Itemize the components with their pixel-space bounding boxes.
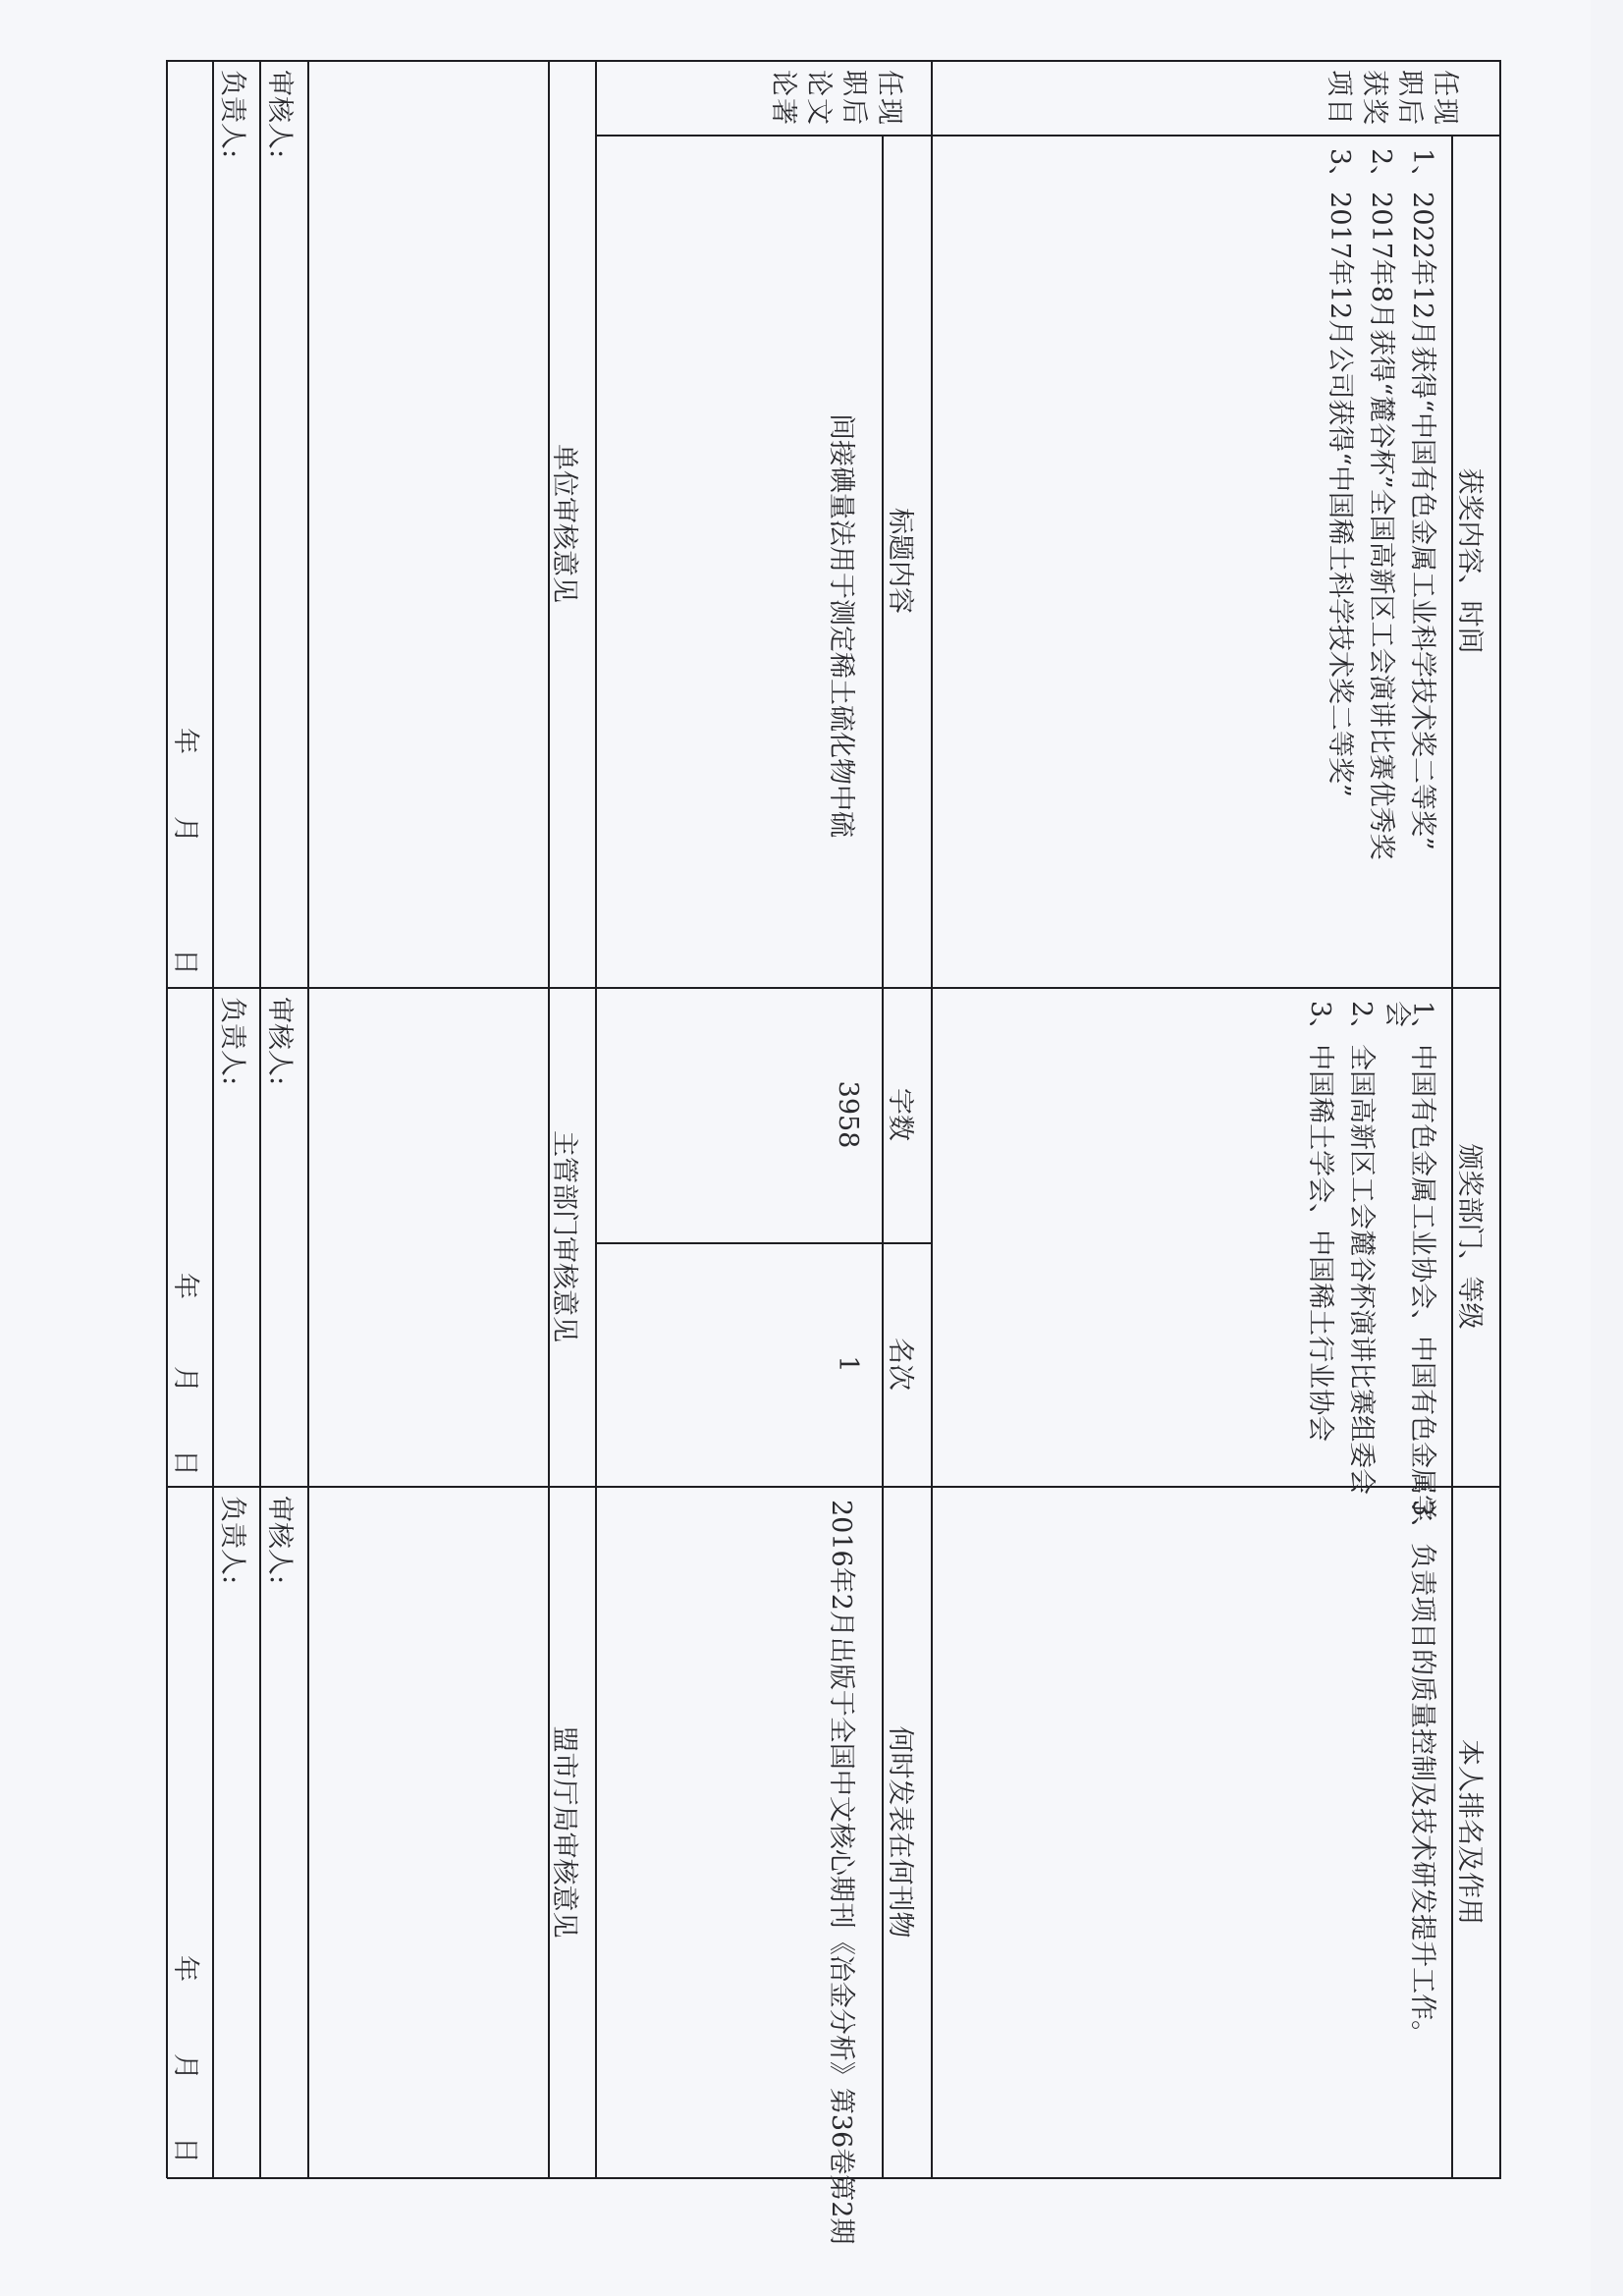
border-left [167, 60, 1501, 62]
header-rank-role: 本人排名及作用 [1453, 1486, 1491, 2178]
role-item: 3、负责项目的质量控制及技术研发提升工作。 [1406, 1500, 1444, 2047]
review-dept-opinion-area[interactable] [312, 991, 546, 1482]
awards-section-label: 任现 职后 获奖 项目 [1321, 70, 1462, 129]
header-word-count: 字数 [884, 987, 922, 1242]
review-dept-responsible-label: 负责人: [216, 997, 254, 1085]
issuer-item: 1、中国有色金属工业协会、中国有色金属学 [1406, 1001, 1444, 1521]
review-unit-responsible-label: 负责人: [216, 70, 254, 158]
reviewer-row-line [259, 60, 261, 2178]
review-league-date-year: 年 [169, 1955, 207, 1982]
label-line: 任现 [1427, 70, 1462, 129]
title-left-line [597, 135, 884, 137]
reviews-body-line [307, 60, 309, 2178]
label-line: 职后 [836, 70, 871, 129]
papers-section-label: 任现 职后 论文 论著 [765, 70, 906, 129]
header-issuer-level: 颁奖部门、等级 [1453, 987, 1491, 1486]
award-item: 1、2022年12月获得“中国有色金属工业科学技术奖二等奖” [1406, 148, 1444, 850]
col-split-1-reviews [167, 987, 597, 989]
review-dept-title: 主管部门审核意见 [548, 987, 586, 1486]
review-league-title: 盟市厅局审核意见 [548, 1486, 586, 2178]
review-league-date-month: 月 [169, 2053, 207, 2080]
review-league-date-day: 日 [169, 2137, 207, 2163]
review-form-table: 任现 职后 获奖 项目 获奖内容、时间 颁奖部门、等级 本人排名及作用 1、20… [167, 60, 1501, 2178]
review-unit-date-day: 日 [169, 949, 207, 975]
review-dept-reviewer-label: 审核人: [263, 997, 301, 1085]
issuer-item-cont: 会 [1380, 1001, 1419, 1027]
award-item: 2、2017年8月获得“麓谷杯”全国高新区工会演讲比赛优秀奖 [1365, 148, 1403, 860]
label-line: 论文 [800, 70, 836, 129]
papers-reviews-divider [595, 60, 597, 2178]
border-top [1499, 60, 1501, 2178]
review-unit-date-month: 月 [169, 816, 207, 843]
issuer-item: 2、全国高新区工会麓谷杯演讲比赛组委会 [1345, 1001, 1383, 1495]
label-line: 任现 [871, 70, 906, 129]
issuer-item: 3、中国稀土学会、中国稀土行业协会 [1304, 1001, 1342, 1442]
review-unit-reviewer-label: 审核人: [263, 70, 301, 158]
review-league-opinion-area[interactable] [312, 1490, 546, 2174]
col-split-2 [167, 1486, 1501, 1488]
review-league-responsible-label: 负责人: [216, 1496, 254, 1584]
label-line: 获奖 [1356, 70, 1391, 129]
review-unit-title: 单位审核意见 [548, 60, 586, 987]
label-line: 职后 [1391, 70, 1427, 129]
review-unit-date-year: 年 [169, 728, 207, 754]
header-title: 标题内容 [884, 135, 922, 987]
responsible-row-line [212, 60, 214, 2178]
review-dept-date-year: 年 [169, 1273, 207, 1299]
border-bottom [166, 60, 168, 2178]
header-author-rank: 名次 [884, 1242, 922, 1486]
paper-title: 间接碘量法用于测定稀土硫化物中硫 [825, 413, 863, 838]
header-publication: 何时发表在何刊物 [884, 1486, 922, 2178]
review-league-reviewer-label: 审核人: [263, 1496, 301, 1584]
label-line: 项目 [1321, 70, 1356, 129]
review-dept-date-month: 月 [169, 1366, 207, 1393]
paper-publication: 2016年2月出版于全国中文核心期刊《冶金分析》第36卷第2期 [825, 1500, 863, 2244]
review-unit-opinion-area[interactable] [312, 64, 546, 983]
review-dept-date-day: 日 [169, 1449, 207, 1476]
wordcount-rank-line [597, 1242, 933, 1244]
header-content-time: 获奖内容、时间 [1453, 135, 1491, 987]
paper-word-count: 3958 [833, 987, 863, 1242]
award-item: 3、2017年12月公司获得“中国稀土科学技术奖二等奖” [1324, 148, 1362, 797]
awards-papers-divider [931, 60, 933, 2178]
label-line: 论著 [765, 70, 800, 129]
paper-author-rank: 1 [833, 1242, 863, 1486]
col-split-1-awards [884, 987, 1501, 989]
